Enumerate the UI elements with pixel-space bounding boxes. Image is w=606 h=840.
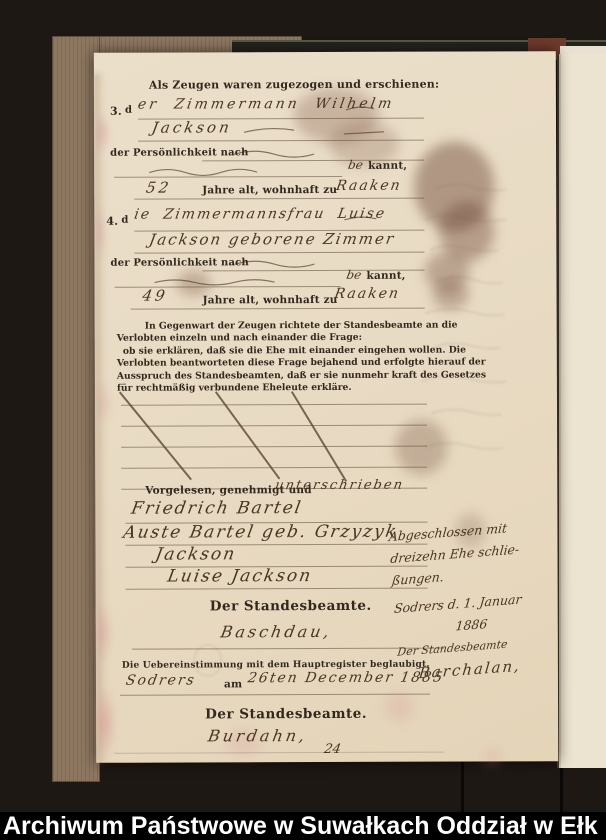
scanned-photo: Als Zeugen waren zugezogen und erschiene… bbox=[0, 0, 606, 840]
entry4-name-line2: Jackson geborene Zimmer bbox=[148, 230, 397, 249]
entry3-article: d bbox=[125, 105, 132, 116]
document-page: Als Zeugen waren zugezogen und erschiene… bbox=[94, 51, 558, 763]
entry4-known-printed: kannt, bbox=[367, 270, 406, 282]
entry3-number: 3. bbox=[110, 105, 122, 118]
declaration-line: Verlobten beantworteten diese Frage beja… bbox=[117, 357, 437, 371]
declaration-paragraph: In Gegenwart der Zeugen richtete der Sta… bbox=[117, 320, 437, 396]
entry3-age: 52 bbox=[145, 179, 173, 197]
ink-stain bbox=[177, 270, 211, 296]
archive-caption-text: Archiwum Państwowe w Suwałkach Oddział w… bbox=[3, 812, 598, 840]
entry4-age-label: Jahre alt, wohnhaft zu bbox=[203, 294, 338, 306]
background-seam-right bbox=[560, 768, 563, 812]
entry3-residence: Raaken bbox=[335, 178, 403, 194]
registrar-signature-2: Burdahn, bbox=[207, 726, 309, 745]
declaration-line: für rechtmäßig verbundene Eheleute erklä… bbox=[117, 382, 437, 396]
witness-heading: Als Zeugen waren zugezogen und erschiene… bbox=[149, 78, 439, 92]
entry4-name-line1: ie Zimmermannsfrau Luise bbox=[133, 206, 387, 223]
registrar-signature-1: Baschdau, bbox=[219, 622, 333, 641]
entry4-number: 4. bbox=[106, 215, 118, 228]
registrar-heading-2: Der Standesbeamte. bbox=[166, 706, 406, 723]
declaration-line: ob sie erklären, daß sie die Ehe mit ein… bbox=[117, 344, 437, 358]
archive-caption-bar: Archiwum Państwowe w Suwałkach Oddział w… bbox=[0, 812, 606, 840]
ink-stain bbox=[433, 280, 469, 310]
background-seam bbox=[461, 762, 464, 812]
backing-board-left bbox=[52, 36, 100, 782]
entry3-age-label: Jahre alt, wohnhaft zu bbox=[202, 184, 337, 196]
entry3-name-line1: er Zimmermann Wilhelm bbox=[137, 96, 396, 113]
read-approved-hand: unterschrieben bbox=[274, 478, 405, 493]
entry4-residence: Raaken bbox=[333, 286, 401, 302]
entry4-identity-label: der Persönlichkeit nach bbox=[110, 257, 248, 268]
signature-jackson: Jackson bbox=[154, 544, 238, 564]
declaration-line: Ausspruch des Standesbeamten, daß er sie… bbox=[117, 369, 437, 383]
certification-am-label: am bbox=[224, 678, 242, 690]
entry4-age: 49 bbox=[141, 287, 169, 305]
signature-auste-bartel: Auste Bartel geb. Grzyzyk bbox=[122, 522, 400, 543]
declaration-line: Verlobten einzeln und nach einander die … bbox=[117, 332, 437, 346]
registrar-heading-1: Der Standesbeamte. bbox=[156, 598, 426, 615]
signature-friedrich-bartel: Friedrich Bartel bbox=[130, 498, 304, 519]
entry3-known-hand: be bbox=[347, 158, 364, 172]
entry3-identity-label: der Persönlichkeit nach bbox=[110, 147, 248, 158]
certification-place: Sodrers bbox=[125, 672, 198, 688]
signature-luise-jackson: Luise Jackson bbox=[166, 566, 314, 587]
entry4-article: d bbox=[121, 215, 128, 226]
entry3-name-line2: Jackson bbox=[150, 118, 233, 136]
pink-stain bbox=[484, 749, 500, 763]
page-left-edge-mottling bbox=[94, 73, 116, 763]
declaration-line: In Gegenwart der Zeugen richtete der Sta… bbox=[117, 320, 437, 334]
entry3-known-printed: kannt, bbox=[368, 160, 407, 172]
margin-note: Abgeschlossen mit dreizehn Ehe schlie- ß… bbox=[388, 513, 574, 685]
page-number: 24 bbox=[323, 742, 342, 757]
entry4-known-hand: be bbox=[345, 268, 362, 282]
